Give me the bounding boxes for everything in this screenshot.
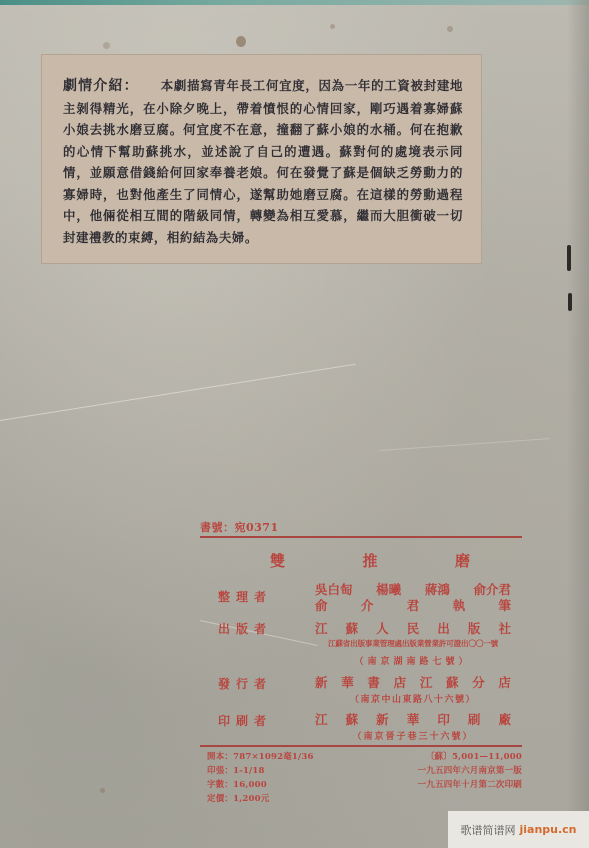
publisher-address: （南京湖南路七號） xyxy=(315,654,511,667)
publisher-char: 江 xyxy=(315,619,328,637)
synopsis-heading: 劇情介紹： xyxy=(63,78,139,94)
colophon-bottom-rule xyxy=(200,745,522,747)
publisher-license: 江蘇省出版事業管理處出版業營業許可證出〇〇一號 xyxy=(315,638,511,649)
publisher-char: 出 xyxy=(437,619,450,637)
title-char: 磨 xyxy=(455,550,470,571)
printer-char: 華 xyxy=(407,710,420,728)
title-char: 雙 xyxy=(270,550,285,571)
printer-char: 江 xyxy=(315,710,328,728)
spine-shadow xyxy=(567,0,589,848)
synopsis-body: 本劇描寫青年長工何宜度，因為一年的工資被封建地主剝得精光，在小除夕晚上，帶着憤恨… xyxy=(63,78,463,245)
distributor-char: 華 xyxy=(341,673,354,691)
watermark-url: jianpu.cn xyxy=(519,823,576,836)
paper-crease xyxy=(380,438,550,451)
publisher-label: 出版者 xyxy=(218,620,272,637)
foxing-stain xyxy=(103,42,110,49)
book-back-cover: 劇情介紹：本劇描寫青年長工何宜度，因為一年的工資被封建地主剝得精光，在小除夕晚上… xyxy=(0,0,589,848)
foxing-stain xyxy=(100,788,105,793)
publisher-char: 版 xyxy=(468,619,481,637)
printer-name: 江 蘇 新 華 印 刷 廠 xyxy=(315,710,511,728)
publisher-char: 社 xyxy=(498,619,511,637)
title-char: 推 xyxy=(362,550,377,571)
printer-char: 印 xyxy=(437,710,450,728)
spec-wordcount: 字數：16,000 xyxy=(207,778,267,790)
printer-char: 蘇 xyxy=(346,710,359,728)
printer-char: 廠 xyxy=(498,710,511,728)
foxing-stain xyxy=(330,24,335,29)
printer-label: 印刷者 xyxy=(218,712,272,729)
printer-address: （南京晉子巷三十六號） xyxy=(315,729,511,742)
book-number: 書號：宛0371 xyxy=(200,519,279,535)
spec-print-run: 〔蘇〕5,001—11,000 xyxy=(426,750,522,762)
writer-char: 俞 xyxy=(315,596,328,614)
writer-char: 君 xyxy=(407,596,420,614)
distributor-char: 蘇 xyxy=(446,673,459,691)
distributor-address: （南京中山東路八十六號） xyxy=(315,692,511,705)
printer-char: 新 xyxy=(376,710,389,728)
distributor-char: 書 xyxy=(367,673,380,691)
publisher-name: 江 蘇 人 民 出 版 社 xyxy=(315,619,511,637)
writer-char: 執 xyxy=(453,596,466,614)
paper-crease xyxy=(0,364,356,421)
publisher-char: 人 xyxy=(376,619,389,637)
spec-second-printing: 一九五四年十月第二次印刷 xyxy=(418,778,522,790)
spec-first-edition: 一九五四年六月南京第一版 xyxy=(418,764,522,776)
foxing-stain xyxy=(447,26,453,32)
colophon-top-rule xyxy=(200,536,522,538)
distributor-char: 分 xyxy=(472,673,485,691)
printer-char: 刷 xyxy=(468,710,481,728)
publisher-char: 蘇 xyxy=(346,619,359,637)
staple-mark xyxy=(567,245,571,271)
distributor-char: 新 xyxy=(315,673,328,691)
synopsis-paragraph: 劇情介紹：本劇描寫青年長工何宜度，因為一年的工資被封建地主剝得精光，在小除夕晚上… xyxy=(63,75,463,248)
watermark-site-name: 歌谱简谱网 xyxy=(460,822,515,838)
arrangers-writer: 俞 介 君 執 筆 xyxy=(315,596,511,614)
synopsis-label: 劇情介紹：本劇描寫青年長工何宜度，因為一年的工資被封建地主剝得精光，在小除夕晚上… xyxy=(41,54,482,264)
writer-char: 介 xyxy=(361,596,374,614)
writer-char: 筆 xyxy=(498,596,511,614)
spec-sheets: 印張：1-1/18 xyxy=(207,764,265,776)
publisher-char: 民 xyxy=(407,619,420,637)
arrangers-label: 整理者 xyxy=(218,588,272,605)
distributor-name: 新 華 書 店 江 蘇 分 店 xyxy=(315,673,511,691)
distributor-char: 江 xyxy=(420,673,433,691)
distributor-char: 店 xyxy=(394,673,407,691)
spec-format: 開本：787×1092毫1/36 xyxy=(207,750,314,762)
site-watermark: 歌谱简谱网 jianpu.cn xyxy=(448,811,589,848)
distributor-label: 發行者 xyxy=(218,675,272,692)
front-cover-edge xyxy=(0,0,589,5)
distributor-char: 店 xyxy=(498,673,511,691)
book-title: 雙 推 磨 xyxy=(270,550,470,571)
foxing-stain xyxy=(236,36,246,47)
staple-mark xyxy=(568,293,572,311)
spec-price: 定價：1,200元 xyxy=(207,792,269,804)
